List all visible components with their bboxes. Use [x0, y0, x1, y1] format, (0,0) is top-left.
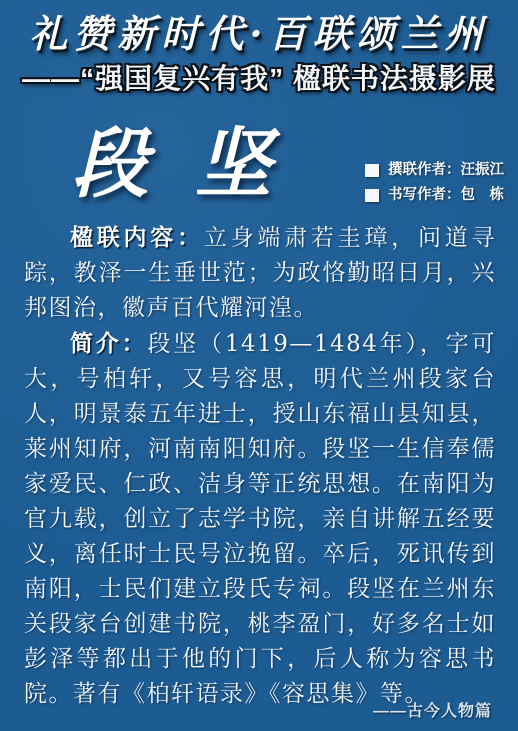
- poster-title: 礼赞新时代·百联颂兰州: [0, 0, 518, 58]
- name-row: 段坚 撰联作者： 汪振江 书写作者： 包 栋: [0, 102, 518, 214]
- body-content: 楹联内容：立身端肃若圭璋，问道寻踪，教泽一生垂世范；为政恪勤昭日月，兴邦图治，徽…: [0, 214, 518, 712]
- couplet-author-label: 撰联作者：: [388, 158, 461, 183]
- poster-subtitle: ——“强国复兴有我” 楹联书法摄影展: [0, 60, 518, 98]
- calligraphy-author-name: 包 栋: [461, 183, 505, 208]
- couplet-author-line: 撰联作者： 汪振江: [365, 158, 504, 183]
- calligraphy-author-line: 书写作者： 包 栋: [365, 183, 504, 208]
- bio-paragraph-text: 段坚（1419—1484年），字可大，号柏轩，又号容思，明代兰州段家台人，明景泰…: [24, 331, 496, 707]
- person-name: 段坚: [72, 114, 318, 214]
- couplet-author-name: 汪振江: [461, 158, 505, 183]
- bullet-square-icon: [365, 164, 379, 177]
- bio-paragraph: 简介：段坚（1419—1484年），字可大，号柏轩，又号容思，明代兰州段家台人，…: [24, 326, 496, 712]
- calligraphy-author-label: 书写作者：: [388, 183, 461, 208]
- bio-paragraph-label: 简介：: [70, 330, 147, 356]
- couplet-paragraph-label: 楹联内容：: [70, 224, 204, 250]
- series-label: ——古今人物篇: [373, 698, 492, 721]
- couplet-paragraph: 楹联内容：立身端肃若圭璋，问道寻踪，教泽一生垂世范；为政恪勤昭日月，兴邦图治，徽…: [24, 220, 496, 326]
- bullet-square-icon: [365, 189, 379, 202]
- poster: 礼赞新时代·百联颂兰州 ——“强国复兴有我” 楹联书法摄影展 段坚 撰联作者： …: [0, 0, 518, 731]
- authors-block: 撰联作者： 汪振江 书写作者： 包 栋: [365, 158, 504, 214]
